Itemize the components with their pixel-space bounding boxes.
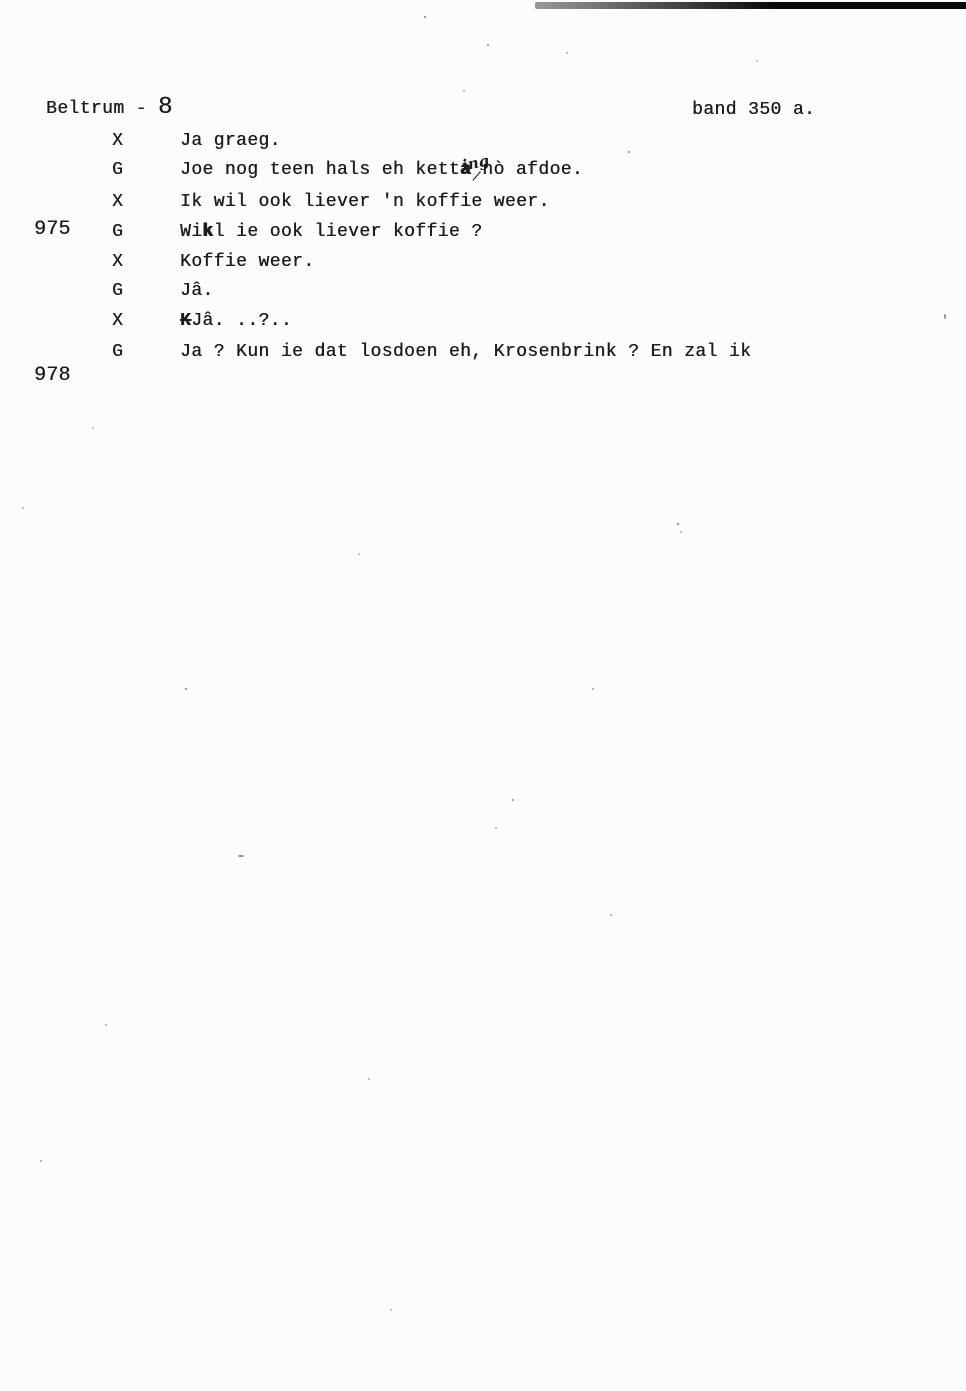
transcript-line: GJâ.: [0, 281, 966, 307]
speaker-label: G: [112, 222, 123, 242]
line-text-segment: Jâ. ..?..: [191, 311, 292, 331]
line-text: Koffie weer.: [180, 252, 314, 272]
speaker-label: X: [112, 192, 123, 212]
scan-speck: [487, 44, 489, 46]
scan-speck: [512, 799, 514, 801]
page-title-text: Beltrum -: [46, 99, 158, 119]
line-text: Wikl ie ook liever koffie ?: [180, 222, 482, 242]
transcript-line: GJoe nog teen hals eh kettaing/nò afdoe.: [0, 160, 966, 186]
margin-line-number: 975: [34, 218, 71, 241]
insertion-mark: /: [471, 169, 483, 186]
scanned-document-page: { "page": { "background": "#fcfcfa", "in…: [0, 0, 966, 1391]
transcript-line: XKoffie weer.: [0, 252, 966, 278]
scan-speck: [22, 507, 24, 509]
scan-speck: [566, 52, 568, 54]
scan-speck: [424, 16, 426, 18]
speaker-label: X: [112, 252, 123, 272]
speaker-label: G: [112, 281, 123, 301]
page-title: Beltrum - 8: [46, 96, 173, 120]
margin-line-number: 978: [34, 364, 71, 387]
line-text-segment: Joe nog teen hals eh kett: [180, 160, 460, 180]
transcript-line: XIk wil ook liever 'n koffie weer.: [0, 192, 966, 218]
speaker-label: G: [112, 160, 123, 180]
speaker-label: G: [112, 342, 123, 362]
speaker-label: X: [112, 311, 123, 331]
band-label: band 350 a.: [692, 100, 815, 120]
scan-speck: [463, 90, 465, 92]
line-text: Joe nog teen hals eh kettaing/nò afdoe.: [180, 160, 583, 180]
scan-speck: [592, 688, 594, 690]
line-text: Ik wil ook liever 'n koffie weer.: [180, 192, 550, 212]
transcript-line: GJa ? Kun ie dat losdoen eh, Krosenbrink…: [0, 342, 966, 368]
transcript-line: 975GWikl ie ook liever koffie ?: [0, 222, 966, 248]
speaker-label: X: [112, 131, 123, 151]
struck-out-char: K: [180, 311, 191, 331]
overstruck-char: k: [202, 222, 213, 242]
scan-speck: [756, 60, 758, 62]
scan-speck: [238, 855, 244, 857]
scan-speck: [92, 427, 94, 429]
scan-speck: [358, 553, 360, 555]
scan-speck: [495, 827, 497, 829]
line-text: KJâ. ..?..: [180, 311, 292, 331]
line-text: Ja graeg.: [180, 131, 281, 151]
line-text: Ja ? Kun ie dat losdoen eh, Krosenbrink …: [180, 342, 751, 362]
line-text-segment: nò afdoe.: [482, 160, 583, 180]
line-text: Jâ.: [180, 281, 214, 301]
transcript-line: 978: [0, 368, 966, 394]
scan-speck: [105, 1024, 107, 1026]
line-text-segment: l ie ook liever koffie ?: [214, 222, 483, 242]
scan-speck: [368, 1078, 370, 1080]
scan-bar-artifact: [535, 2, 966, 9]
page-number: 8: [158, 94, 173, 121]
scan-speck: [680, 531, 682, 533]
scan-speck: [610, 914, 612, 916]
handwritten-insertion-anchor: ing/: [471, 173, 482, 174]
line-text-segment: Wi: [180, 222, 202, 242]
transcript-line: XKJâ. ..?..: [0, 311, 966, 337]
scan-speck: [185, 688, 187, 690]
scan-speck: [40, 1160, 42, 1162]
scan-speck: [390, 1309, 392, 1311]
scan-speck: [677, 523, 679, 525]
